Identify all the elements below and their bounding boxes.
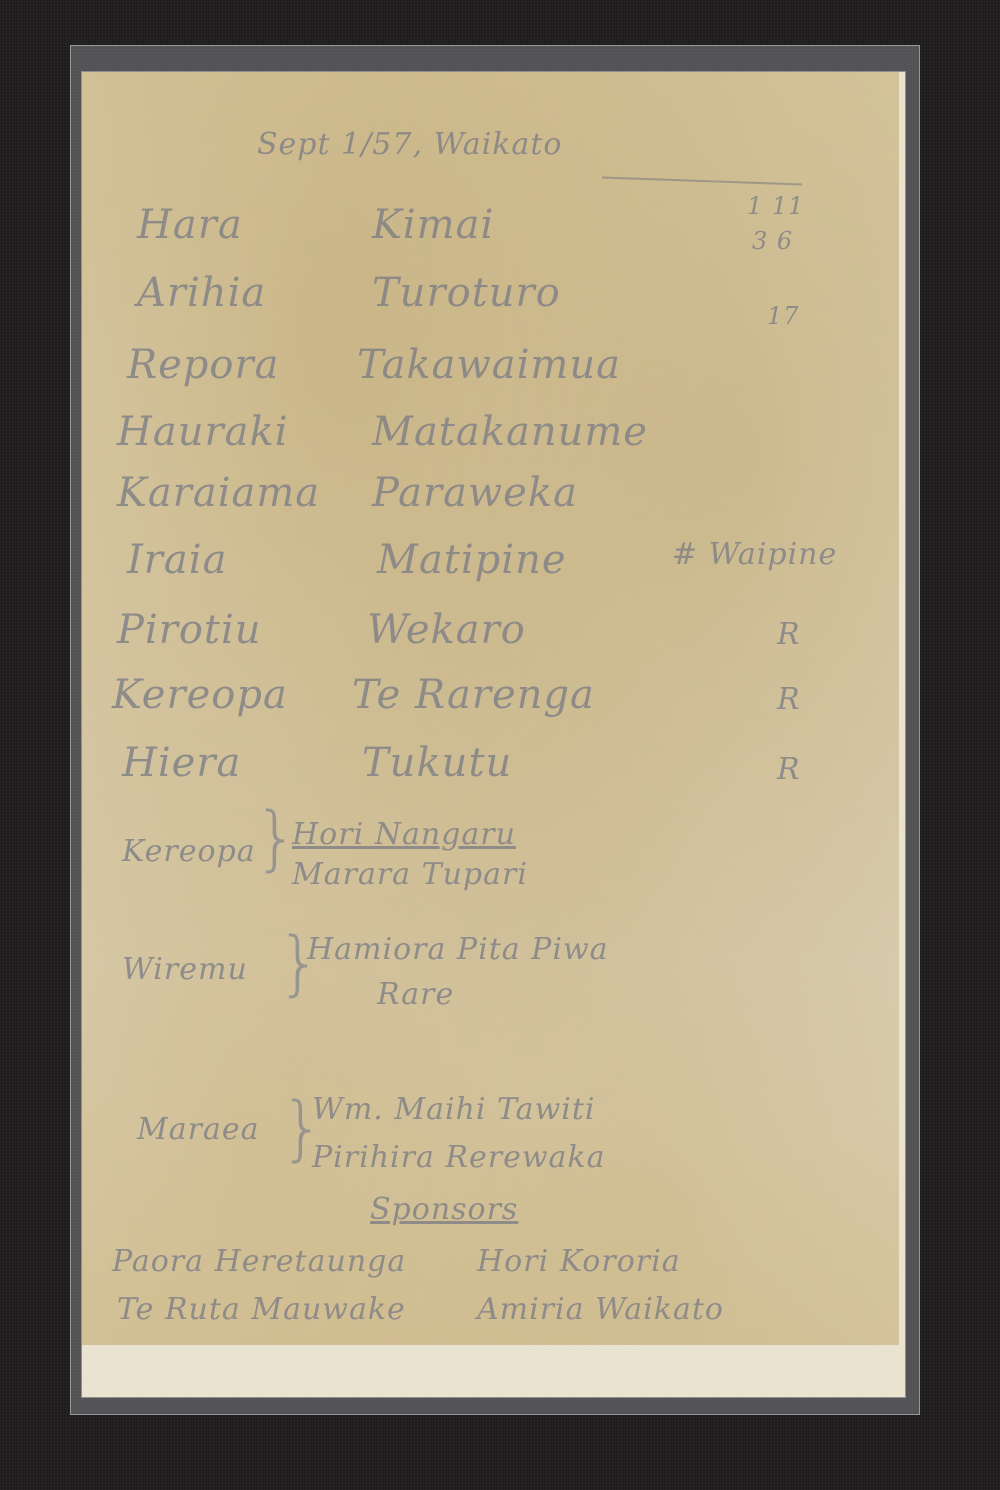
name-last: Matipine <box>377 537 567 583</box>
margin-number-2: 3 6 <box>752 227 793 255</box>
header-date-place: Sept 1/57, Waikato <box>257 127 562 162</box>
name-first: Hauraki <box>117 409 289 455</box>
name-last: Tukutu <box>362 740 512 786</box>
name-first: Pirotiu <box>117 607 262 653</box>
name-first: Repora <box>127 342 279 388</box>
group-label: Wiremu <box>122 952 248 987</box>
name-last: Matakanume <box>372 409 648 455</box>
name-first: Kereopa <box>112 672 288 718</box>
group-member: Marara Tupari <box>292 857 528 892</box>
group-label: Kereopa <box>122 834 256 869</box>
group-member: Pirihira Rerewaka <box>312 1140 605 1175</box>
name-first: Iraia <box>127 537 227 583</box>
name-mark: R <box>777 617 801 652</box>
group-label: Maraea <box>137 1112 259 1147</box>
name-first: Arihia <box>137 270 266 316</box>
group-member: Hori Nangaru <box>292 817 516 852</box>
group-member: Hamiora Pita Piwa <box>307 932 609 967</box>
name-first: Hiera <box>122 740 241 786</box>
name-first: Hara <box>137 202 243 248</box>
group-member: Wm. Maihi Tawiti <box>312 1092 596 1127</box>
margin-number-3: 17 <box>767 302 800 330</box>
margin-number-1: 1 11 <box>747 192 804 220</box>
sponsor-name: Amiria Waikato <box>477 1292 724 1327</box>
name-last: Takawaimua <box>357 342 621 388</box>
sponsor-name: Hori Kororia <box>477 1244 681 1279</box>
name-mark: R <box>777 682 801 717</box>
name-mark: R <box>777 752 801 787</box>
name-last: Kimai <box>372 202 494 248</box>
sponsor-name: Paora Heretaunga <box>112 1244 406 1279</box>
name-last: Wekaro <box>367 607 526 653</box>
sponsors-heading: Sponsors <box>370 1192 518 1227</box>
name-last: Te Rarenga <box>352 672 595 718</box>
name-first: Karaiama <box>117 470 320 516</box>
manuscript-page: Sept 1/57, Waikato 1 11 3 6 17 Hara Kima… <box>82 72 905 1397</box>
group-member: Rare <box>377 977 454 1012</box>
name-mark: # Waipine <box>672 537 837 572</box>
name-last: Paraweka <box>372 470 578 516</box>
name-last: Turoturo <box>372 270 561 316</box>
sponsor-name: Te Ruta Mauwake <box>117 1292 406 1327</box>
